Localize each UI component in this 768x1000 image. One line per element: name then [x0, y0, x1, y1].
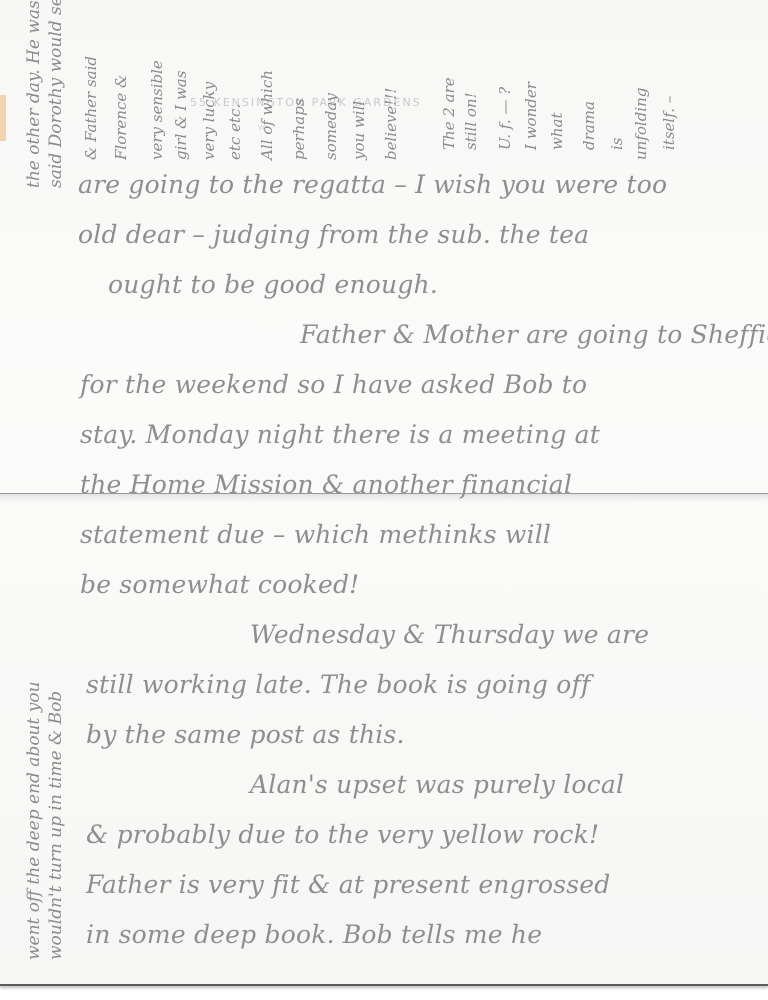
letter-line: Father & Mother are going to Sheffield [300, 320, 768, 349]
top-margin-note: & Father said [82, 56, 100, 160]
letter-line: for the weekend so I have asked Bob to [80, 370, 587, 399]
fold-shadow [0, 494, 768, 502]
letter-line: statement due – which methinks will [80, 520, 551, 549]
top-margin-note: drama [580, 101, 598, 150]
letter-line: Father is very fit & at present engrosse… [86, 870, 610, 899]
top-margin-note: still on! [462, 92, 480, 150]
left-margin-note-2: said Dorothy would see that I was ? [46, 0, 66, 188]
letter-line: Wednesday & Thursday we are [250, 620, 649, 649]
top-margin-note: girl & I was [172, 71, 190, 160]
letter-line: be somewhat cooked! [80, 570, 359, 599]
top-margin-note: someday [322, 93, 340, 160]
letter-line: old dear – judging from the sub. the tea [78, 220, 589, 249]
letter-line: stay. Monday night there is a meeting at [80, 420, 600, 449]
top-margin-note: is [608, 138, 626, 151]
letter-line: in some deep book. Bob tells me he [86, 920, 542, 949]
left-margin-note-3: went off the deep end about you [24, 681, 44, 960]
top-margin-note: what [548, 113, 566, 150]
left-margin-note-4: wouldn't turn up in time & Bob [46, 691, 66, 960]
top-margin-note: U. f. — ? [496, 87, 514, 150]
top-margin-note: The 2 are [440, 77, 458, 150]
top-margin-note: etc etc. [226, 104, 244, 160]
top-margin-note: unfolding [632, 88, 650, 160]
top-margin-note: Florence & [112, 75, 130, 160]
top-margin-note: very sensible [148, 60, 166, 160]
top-margin-note: you will [350, 101, 368, 160]
paper-stain [0, 95, 6, 141]
top-margin-note: itself. – [660, 96, 678, 150]
left-margin-note-1: the other day. He was afraid ? [24, 0, 44, 188]
letter-line: ought to be good enough. [108, 270, 438, 299]
letter-line: still working late. The book is going of… [86, 670, 590, 699]
letter-line: by the same post as this. [86, 720, 405, 749]
letter-line: Alan's upset was purely local [250, 770, 624, 799]
letter-line: are going to the regatta – I wish you we… [78, 170, 667, 199]
letter-line: & probably due to the very yellow rock! [86, 820, 599, 849]
top-margin-note: All of which [258, 70, 276, 160]
top-margin-note: I wonder [522, 82, 540, 150]
top-margin-note: believe!!! [382, 88, 400, 160]
top-margin-note: perhaps [290, 98, 308, 160]
letter-page: 55 KENSINGTON PARK GARDENS W. & Father s… [0, 0, 768, 986]
top-margin-note: very lucky [200, 82, 218, 160]
